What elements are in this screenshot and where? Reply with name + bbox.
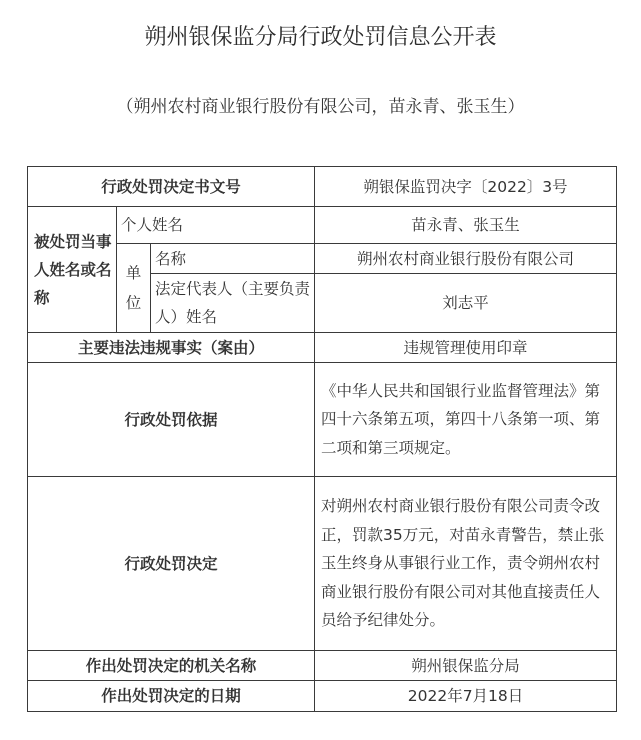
penalty-info-table: 行政处罚决定书文号 朔银保监罚决字〔2022〕3号 被处罚当事人姓名或名称 个人… — [27, 166, 617, 712]
table-row-date: 作出处罚决定的日期 2022年7月18日 — [28, 681, 617, 712]
table-row-basis: 行政处罚依据 《中华人民共和国银行业监督管理法》第四十六条第五项，第四十八条第一… — [28, 363, 617, 477]
date-value: 2022年7月18日 — [315, 681, 617, 712]
unit-label: 单位 — [117, 244, 151, 333]
individual-value: 苗永青、张玉生 — [315, 207, 617, 244]
table-row-unit-name: 单位 名称 朔州农村商业银行股份有限公司 — [28, 244, 617, 274]
page-title: 朔州银保监分局行政处罚信息公开表 — [0, 20, 641, 51]
date-label: 作出处罚决定的日期 — [28, 681, 315, 712]
party-label: 被处罚当事人姓名或名称 — [28, 207, 117, 333]
decision-no-label: 行政处罚决定书文号 — [28, 167, 315, 207]
decision-label: 行政处罚决定 — [28, 477, 315, 651]
basis-value: 《中华人民共和国银行业监督管理法》第四十六条第五项，第四十八条第一项、第二项和第… — [315, 363, 617, 477]
basis-label: 行政处罚依据 — [28, 363, 315, 477]
table-row-decision: 行政处罚决定 对朔州农村商业银行股份有限公司责令改正，罚款35万元，对苗永青警告… — [28, 477, 617, 651]
unit-name-value: 朔州农村商业银行股份有限公司 — [315, 244, 617, 274]
facts-label: 主要违法违规事实（案由） — [28, 333, 315, 363]
table-row-facts: 主要违法违规事实（案由） 违规管理使用印章 — [28, 333, 617, 363]
authority-label: 作出处罚决定的机关名称 — [28, 651, 315, 681]
table-row-decision-no: 行政处罚决定书文号 朔银保监罚决字〔2022〕3号 — [28, 167, 617, 207]
legal-rep-label: 法定代表人（主要负责人）姓名 — [151, 274, 315, 333]
facts-value: 违规管理使用印章 — [315, 333, 617, 363]
individual-label: 个人姓名 — [117, 207, 315, 244]
decision-value: 对朔州农村商业银行股份有限公司责令改正，罚款35万元，对苗永青警告，禁止张玉生终… — [315, 477, 617, 651]
table-row-individual: 被处罚当事人姓名或名称 个人姓名 苗永青、张玉生 — [28, 207, 617, 244]
decision-no-value: 朔银保监罚决字〔2022〕3号 — [315, 167, 617, 207]
page-subtitle: （朔州农村商业银行股份有限公司，苗永青、张玉生） — [0, 92, 641, 117]
legal-rep-value: 刘志平 — [315, 274, 617, 333]
authority-value: 朔州银保监分局 — [315, 651, 617, 681]
table-row-authority: 作出处罚决定的机关名称 朔州银保监分局 — [28, 651, 617, 681]
unit-name-label: 名称 — [151, 244, 315, 274]
